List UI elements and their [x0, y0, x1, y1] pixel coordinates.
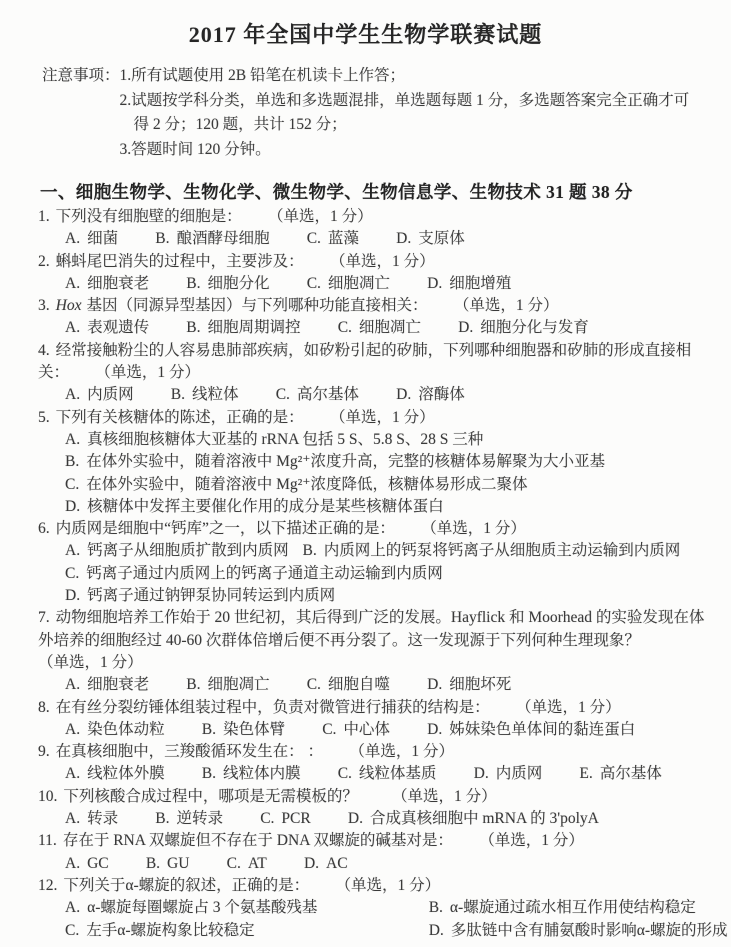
marks-label: （单选，1 分）: [103, 364, 200, 381]
option-item: C.PCR: [260, 808, 311, 830]
option-text: 钙离子通过钠钾泵协同转运到内质网: [87, 587, 335, 604]
option-label: B.: [429, 899, 443, 916]
option-item: D.支原体: [396, 228, 465, 250]
question-stem: 下列关于α-螺旋的叙述，正确的是：: [63, 877, 309, 894]
option-label: B.: [186, 676, 200, 693]
notes-block: 注意事项： 1.所有试题使用 2B 铅笔在机读卡上作答；2.试题按学科分类，单选…: [42, 64, 703, 162]
question-stem: 下列有关核糖体的陈述，正确的是：: [56, 409, 304, 426]
option-item: D.AC: [304, 853, 348, 875]
option-label: D.: [304, 855, 319, 872]
question-number: 4.: [38, 342, 50, 359]
question-item: 1.下列没有细胞壁的细胞是：（单选，1 分）A.细菌B.酿酒酵母细胞C.蓝藻D.…: [38, 206, 707, 251]
marks-label: （单选，1 分）: [276, 208, 373, 225]
option-label: C.: [260, 810, 274, 827]
option-text: 高尔基体: [600, 765, 662, 782]
option-text: 线粒体内膜: [223, 765, 301, 782]
question-stem: 内质网是细胞中“钙库”之一，以下描述正确的是：: [56, 520, 395, 537]
option-item: B.酿酒酵母细胞: [155, 228, 269, 250]
option-row: C.钙离子通过内质网上的钙离子通道主动运输到内质网: [38, 563, 707, 585]
option-text: 细胞凋亡: [208, 676, 270, 693]
option-text: 内质网: [87, 386, 134, 403]
option-item: D.钙离子通过钠钾泵协同转运到内质网: [65, 585, 335, 607]
question-stem: 下列核酸合成过程中，哪项是无需模板的？: [63, 788, 358, 805]
note-line: 3.答题时间 120 分钟。: [120, 138, 690, 163]
marks-label: （单选，1 分）: [338, 409, 435, 426]
option-item: B.细胞分化: [186, 273, 269, 295]
marks-label: （单选，1 分）: [487, 832, 584, 849]
option-label: C.: [338, 765, 352, 782]
option-text: 内质网上的钙泵将钙离子从细胞质主动运输到内质网: [324, 542, 681, 559]
question-number: 3.: [38, 297, 50, 314]
option-text: 左手α-螺旋构象比较稳定: [86, 922, 254, 939]
question-item: 6.内质网是细胞中“钙库”之一，以下描述正确的是：（单选，1 分）A.钙离子从细…: [38, 518, 707, 607]
questions: 1.下列没有细胞壁的细胞是：（单选，1 分）A.细菌B.酿酒酵母细胞C.蓝藻D.…: [38, 206, 707, 942]
option-text: 细胞分化: [208, 275, 270, 292]
question-item: 7.动物细胞培养工作始于 20 世纪初，其后得到广泛的发展。Hayflick 和…: [38, 607, 707, 696]
option-label: D.: [458, 319, 473, 336]
option-label: A.: [65, 431, 80, 448]
option-item: A.线粒体外膜: [65, 763, 165, 785]
option-label: C.: [227, 855, 241, 872]
option-row: A.细胞衰老B.细胞凋亡C.细胞自噬D.细胞坏死: [38, 674, 707, 696]
question-item: 12.下列关于α-螺旋的叙述，正确的是：（单选，1 分）A.α-螺旋每圈螺旋占 …: [38, 875, 707, 942]
question-number: 9.: [38, 743, 50, 760]
option-text: 支原体: [418, 230, 465, 247]
option-label: D.: [396, 386, 411, 403]
marks-label: （单选，1 分）: [38, 652, 707, 674]
option-text: 细胞凋亡: [328, 275, 390, 292]
option-row: A.细胞衰老B.细胞分化C.细胞凋亡D.细胞增殖: [38, 273, 707, 295]
option-text: 细菌: [87, 230, 118, 247]
option-text: 细胞自噬: [328, 676, 390, 693]
option-item: D.溶酶体: [396, 384, 465, 406]
option-label: E.: [579, 765, 592, 782]
option-text: α-螺旋每圈螺旋占 3 个氨基酸残基: [87, 899, 317, 916]
option-row: C.左手α-螺旋构象比较稳定D.多肽链中含有脯氨酸时影响α-螺旋的形成: [38, 920, 707, 942]
option-item: E.高尔基体: [579, 763, 661, 785]
option-text: 姊妹染色单体间的黏连蛋白: [449, 721, 635, 738]
option-item: A.细胞衰老: [65, 674, 149, 696]
option-label: C.: [322, 721, 336, 738]
option-label: B.: [202, 765, 216, 782]
option-label: D.: [65, 587, 80, 604]
option-item: B.在体外实验中，随着溶液中 Mg²⁺浓度升高，完整的核糖体易解聚为大小亚基: [65, 451, 605, 473]
option-label: B.: [171, 386, 185, 403]
notes-lines: 1.所有试题使用 2B 铅笔在机读卡上作答；2.试题按学科分类，单选和多选题混排…: [120, 64, 690, 162]
option-label: C.: [307, 230, 321, 247]
option-row: C.在体外实验中，随着溶液中 Mg²⁺浓度降低，核糖体易形成二聚体: [38, 474, 707, 496]
option-label: A.: [65, 275, 80, 292]
marks-label: （单选，1 分）: [524, 699, 621, 716]
question-stem: 在有丝分裂纺锤体组装过程中，负责对微管进行捕获的结构是：: [56, 699, 490, 716]
gene-name-italic: Hox: [56, 297, 82, 314]
option-label: B.: [202, 721, 216, 738]
option-row: A.转录B.逆转录C.PCRD.合成真核细胞中 mRNA 的 3'polyA: [38, 808, 707, 830]
option-item: A.内质网: [65, 384, 134, 406]
option-text: 钙离子通过内质网上的钙离子通道主动运输到内质网: [86, 565, 443, 582]
option-item: D.合成真核细胞中 mRNA 的 3'polyA: [348, 808, 599, 830]
option-text: 溶酶体: [418, 386, 465, 403]
question-stem-line: 8.在有丝分裂纺锤体组装过程中，负责对微管进行捕获的结构是：（单选，1 分）: [38, 697, 707, 719]
option-item: C.钙离子通过内质网上的钙离子通道主动运输到内质网: [65, 563, 443, 585]
option-label: B.: [186, 275, 200, 292]
question-stem: 在真核细胞中，三羧酸循环发生在： ：: [56, 743, 323, 760]
option-item: C.在体外实验中，随着溶液中 Mg²⁺浓度降低，核糖体易形成二聚体: [65, 474, 527, 496]
option-text: 线粒体基质: [359, 765, 437, 782]
option-item: B.细胞凋亡: [186, 674, 269, 696]
option-label: A.: [65, 765, 80, 782]
question-stem-line: 10.下列核酸合成过程中，哪项是无需模板的？（单选，1 分）: [38, 786, 707, 808]
question-stem-line: 12.下列关于α-螺旋的叙述，正确的是：（单选，1 分）: [38, 875, 707, 897]
option-item: A.转录: [65, 808, 118, 830]
marks-label: （单选，1 分）: [357, 743, 454, 760]
option-label: D.: [474, 765, 489, 782]
option-label: C.: [65, 922, 79, 939]
question-item: 4.经常接触粉尘的人容易患肺部疾病，如矽粉引起的矽肺，下列哪种细胞器和矽肺的形成…: [38, 340, 707, 407]
option-item: A.真核细胞核糖体大亚基的 rRNA 包括 5 S、5.8 S、28 S 三种: [65, 429, 483, 451]
option-text: 内质网: [496, 765, 543, 782]
option-row: A.内质网B.线粒体C.高尔基体D.溶酶体: [38, 384, 707, 406]
question-stem-line: 7.动物细胞培养工作始于 20 世纪初，其后得到广泛的发展。Hayflick 和…: [38, 607, 707, 652]
option-item: A.细胞衰老: [65, 273, 149, 295]
question-number: 6.: [38, 520, 50, 537]
option-row: A.真核细胞核糖体大亚基的 rRNA 包括 5 S、5.8 S、28 S 三种: [38, 429, 707, 451]
option-text: 线粒体外膜: [87, 765, 165, 782]
option-text: 线粒体: [192, 386, 239, 403]
option-item: A.GC: [65, 853, 109, 875]
question-number: 5.: [38, 409, 50, 426]
question-number: 7.: [38, 609, 50, 626]
option-item: C.细胞自噬: [307, 674, 390, 696]
option-item: A.染色体动粒: [65, 719, 165, 741]
exam-paper-page: 2017 年全国中学生生物学联赛试题 注意事项： 1.所有试题使用 2B 铅笔在…: [0, 0, 731, 947]
option-text: 合成真核细胞中 mRNA 的 3'polyA: [370, 810, 599, 827]
option-text: 细胞凋亡: [359, 319, 421, 336]
option-row: A.α-螺旋每圈螺旋占 3 个氨基酸残基B.α-螺旋通过疏水相互作用使结构稳定: [38, 897, 707, 919]
option-label: C.: [338, 319, 352, 336]
question-stem-line: 2.蝌蚪尾巴消失的过程中，主要涉及：（单选，1 分）: [38, 251, 707, 273]
option-text: AC: [326, 855, 348, 872]
notes-label: 注意事项：: [42, 64, 120, 162]
option-text: PCR: [281, 810, 310, 827]
question-number: 11.: [38, 832, 57, 849]
question-number: 12.: [38, 877, 57, 894]
option-item: D.细胞增殖: [427, 273, 511, 295]
question-item: 9.在真核细胞中，三羧酸循环发生在： ：（单选，1 分）A.线粒体外膜B.线粒体…: [38, 741, 707, 786]
option-item: B.细胞周期调控: [186, 317, 300, 339]
option-label: D.: [396, 230, 411, 247]
option-item: C.左手α-螺旋构象比较稳定: [65, 920, 407, 942]
marks-label: （单选，1 分）: [392, 788, 497, 805]
option-text: AT: [248, 855, 267, 872]
option-item: A.细菌: [65, 228, 118, 250]
option-label: A.: [65, 542, 80, 559]
question-item: 3.Hox基因（同源异型基因）与下列哪种功能直接相关：（单选，1 分）A.表观遗…: [38, 295, 707, 340]
section-heading: 一、细胞生物学、生物化学、微生物学、生物信息学、生物技术 31 题 38 分: [40, 179, 703, 204]
option-text: 酿酒酵母细胞: [177, 230, 270, 247]
option-item: D.姊妹染色单体间的黏连蛋白: [427, 719, 635, 741]
option-item: B.α-螺旋通过疏水相互作用使结构稳定: [429, 897, 696, 919]
option-label: D.: [427, 721, 442, 738]
option-text: GC: [87, 855, 109, 872]
option-text: 在体外实验中，随着溶液中 Mg²⁺浓度降低，核糖体易形成二聚体: [86, 476, 527, 493]
option-label: B.: [303, 542, 317, 559]
option-item: C.蓝藻: [307, 228, 359, 250]
option-item: D.多肽链中含有脯氨酸时影响α-螺旋的形成: [429, 920, 728, 942]
option-text: 在体外实验中，随着溶液中 Mg²⁺浓度升高，完整的核糖体易解聚为大小亚基: [86, 453, 605, 470]
option-item: D.内质网: [474, 763, 543, 785]
option-text: 细胞衰老: [87, 676, 149, 693]
option-item: B.线粒体内膜: [202, 763, 301, 785]
note-line: 1.所有试题使用 2B 铅笔在机读卡上作答；: [120, 64, 690, 89]
option-item: A.α-螺旋每圈螺旋占 3 个氨基酸残基: [65, 897, 407, 919]
question-stem: 下列没有细胞壁的细胞是：: [56, 208, 242, 225]
option-text: 核糖体中发挥主要催化作用的成分是某些核糖体蛋白: [87, 498, 444, 515]
option-label: B.: [65, 453, 79, 470]
question-stem-line: 3.Hox基因（同源异型基因）与下列哪种功能直接相关：（单选，1 分）: [38, 295, 707, 317]
question-item: 5.下列有关核糖体的陈述，正确的是：（单选，1 分）A.真核细胞核糖体大亚基的 …: [38, 407, 707, 518]
option-label: A.: [65, 676, 80, 693]
option-text: 钙离子从细胞质扩散到内质网: [87, 542, 289, 559]
option-label: C.: [65, 476, 79, 493]
question-stem-line: 11.存在于 RNA 双螺旋但不存在于 DNA 双螺旋的碱基对是：（单选，1 分…: [38, 830, 707, 852]
option-label: A.: [65, 721, 80, 738]
option-text: 细胞增殖: [449, 275, 511, 292]
option-label: C.: [307, 275, 321, 292]
option-label: A.: [65, 899, 80, 916]
option-row: D.钙离子通过钠钾泵协同转运到内质网: [38, 585, 707, 607]
option-text: 多肽链中含有脯氨酸时影响α-螺旋的形成: [451, 922, 728, 939]
question-number: 2.: [38, 253, 50, 270]
note-line: 2.试题按学科分类，单选和多选题混排，单选题每题 1 分，多选题答案完全正确才可: [120, 89, 690, 114]
question-stem-line: 1.下列没有细胞壁的细胞是：（单选，1 分）: [38, 206, 707, 228]
question-stem-line: 5.下列有关核糖体的陈述，正确的是：（单选，1 分）: [38, 407, 707, 429]
option-item: D.核糖体中发挥主要催化作用的成分是某些核糖体蛋白: [65, 496, 444, 518]
option-item: D.细胞分化与发育: [458, 317, 589, 339]
option-label: A.: [65, 810, 80, 827]
marks-label: （单选，1 分）: [462, 297, 559, 314]
option-text: 染色体臂: [223, 721, 285, 738]
option-row: A.线粒体外膜B.线粒体内膜C.线粒体基质D.内质网E.高尔基体: [38, 763, 707, 785]
page-title: 2017 年全国中学生生物学联赛试题: [0, 0, 731, 49]
option-label: B.: [155, 230, 169, 247]
option-label: A.: [65, 230, 80, 247]
option-label: A.: [65, 855, 80, 872]
option-item: B.GU: [146, 853, 190, 875]
note-line: 得 2 分；120 题，共计 152 分；: [120, 113, 690, 138]
question-item: 11.存在于 RNA 双螺旋但不存在于 DNA 双螺旋的碱基对是：（单选，1 分…: [38, 830, 707, 875]
option-row: A.钙离子从细胞质扩散到内质网B.内质网上的钙泵将钙离子从细胞质主动运输到内质网: [38, 540, 707, 562]
option-row: A.染色体动粒B.染色体臂C.中心体D.姊妹染色单体间的黏连蛋白: [38, 719, 707, 741]
option-text: 转录: [87, 810, 118, 827]
option-row: D.核糖体中发挥主要催化作用的成分是某些核糖体蛋白: [38, 496, 707, 518]
option-text: GU: [167, 855, 189, 872]
option-text: 蓝藻: [328, 230, 359, 247]
option-label: B.: [146, 855, 160, 872]
option-text: 细胞坏死: [449, 676, 511, 693]
option-label: D.: [427, 676, 442, 693]
option-item: C.AT: [227, 853, 267, 875]
question-number: 1.: [38, 208, 50, 225]
option-text: 细胞衰老: [87, 275, 149, 292]
option-item: B.逆转录: [155, 808, 223, 830]
option-label: B.: [155, 810, 169, 827]
option-text: 细胞分化与发育: [480, 319, 589, 336]
question-item: 8.在有丝分裂纺锤体组装过程中，负责对微管进行捕获的结构是：（单选，1 分）A.…: [38, 697, 707, 742]
question-stem-line: 9.在真核细胞中，三羧酸循环发生在： ：（单选，1 分）: [38, 741, 707, 763]
question-item: 10.下列核酸合成过程中，哪项是无需模板的？（单选，1 分）A.转录B.逆转录C…: [38, 786, 707, 831]
question-stem-line: 4.经常接触粉尘的人容易患肺部疾病，如矽粉引起的矽肺，下列哪种细胞器和矽肺的形成…: [38, 340, 707, 385]
option-label: A.: [65, 386, 80, 403]
option-item: A.钙离子从细胞质扩散到内质网: [65, 540, 289, 562]
option-label: D.: [348, 810, 363, 827]
option-label: C.: [65, 565, 79, 582]
option-text: 中心体: [343, 721, 390, 738]
option-row: A.表观遗传B.细胞周期调控C.细胞凋亡D.细胞分化与发育: [38, 317, 707, 339]
option-label: B.: [186, 319, 200, 336]
option-label: D.: [427, 275, 442, 292]
question-stem: 存在于 RNA 双螺旋但不存在于 DNA 双螺旋的碱基对是：: [63, 832, 453, 849]
option-text: 细胞周期调控: [208, 319, 301, 336]
option-row: B.在体外实验中，随着溶液中 Mg²⁺浓度升高，完整的核糖体易解聚为大小亚基: [38, 451, 707, 473]
option-text: 逆转录: [177, 810, 224, 827]
option-row: A.细菌B.酿酒酵母细胞C.蓝藻D.支原体: [38, 228, 707, 250]
option-text: 表观遗传: [87, 319, 149, 336]
option-item: C.线粒体基质: [338, 763, 437, 785]
option-item: B.内质网上的钙泵将钙离子从细胞质主动运输到内质网: [303, 540, 681, 562]
marks-label: （单选，1 分）: [429, 520, 526, 537]
question-stem: 动物细胞培养工作始于 20 世纪初，其后得到广泛的发展。Hayflick 和 M…: [38, 609, 704, 648]
option-text: α-螺旋通过疏水相互作用使结构稳定: [450, 899, 696, 916]
marks-label: （单选，1 分）: [343, 877, 440, 894]
option-text: 真核细胞核糖体大亚基的 rRNA 包括 5 S、5.8 S、28 S 三种: [87, 431, 483, 448]
question-stem-line: 6.内质网是细胞中“钙库”之一，以下描述正确的是：（单选，1 分）: [38, 518, 707, 540]
option-item: C.中心体: [322, 719, 390, 741]
option-text: 染色体动粒: [87, 721, 165, 738]
option-text: 高尔基体: [297, 386, 359, 403]
option-item: B.染色体臂: [202, 719, 285, 741]
option-label: C.: [307, 676, 321, 693]
option-item: C.细胞凋亡: [307, 273, 390, 295]
option-label: D.: [429, 922, 444, 939]
question-number: 8.: [38, 699, 50, 716]
question-stem: 蝌蚪尾巴消失的过程中，主要涉及：: [56, 253, 304, 270]
option-label: A.: [65, 319, 80, 336]
option-item: C.高尔基体: [276, 384, 359, 406]
option-label: D.: [65, 498, 80, 515]
option-item: B.线粒体: [171, 384, 239, 406]
question-number: 10.: [38, 788, 57, 805]
option-item: C.细胞凋亡: [338, 317, 421, 339]
option-row: A.GCB.GUC.ATD.AC: [38, 853, 707, 875]
option-item: D.细胞坏死: [427, 674, 511, 696]
option-label: C.: [276, 386, 290, 403]
question-stem: 基因（同源异型基因）与下列哪种功能直接相关：: [86, 297, 427, 314]
option-item: A.表观遗传: [65, 317, 149, 339]
question-item: 2.蝌蚪尾巴消失的过程中，主要涉及：（单选，1 分）A.细胞衰老B.细胞分化C.…: [38, 251, 707, 296]
marks-label: （单选，1 分）: [338, 253, 435, 270]
